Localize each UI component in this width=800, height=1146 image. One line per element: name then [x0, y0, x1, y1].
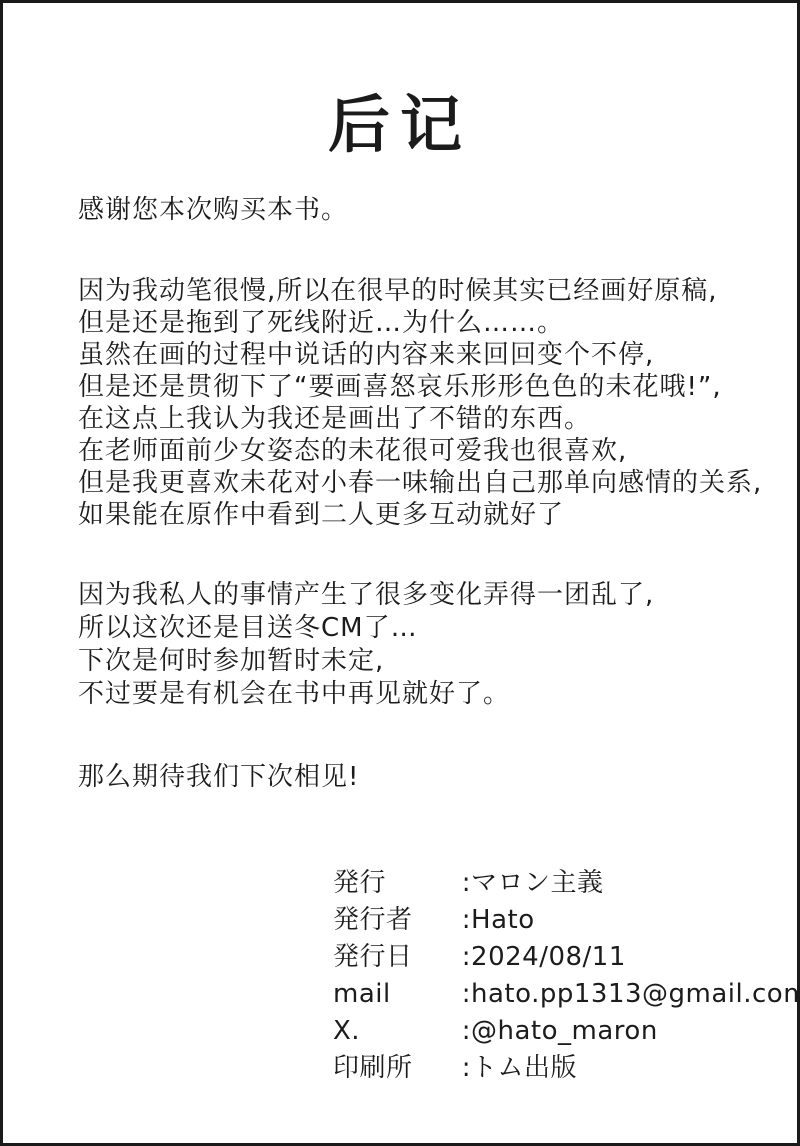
- colophon-row-mail: mail :hato.pp1313@gmail.com: [333, 976, 800, 1013]
- colophon-value: :トム出版: [462, 1050, 577, 1087]
- text-line: 在这点上我认为我还是画出了不错的东西。: [78, 403, 762, 435]
- colophon-value: :hato.pp1313@gmail.com: [462, 976, 800, 1013]
- colophon-label: mail: [333, 976, 453, 1013]
- thanks-line: 感谢您本次购买本书。: [78, 194, 348, 226]
- text-line: 但是还是贯彻下了“要画喜怒哀乐形形色色的未花哦!”,: [78, 371, 762, 403]
- text-line: 如果能在原作中看到二人更多互动就好了: [78, 499, 762, 531]
- closing-line: 那么期待我们下次相见!: [78, 756, 359, 793]
- colophon-row-publisher: 発行 :マロン主義: [333, 865, 800, 902]
- colophon-label: 印刷所: [333, 1050, 453, 1087]
- colophon-label: 発行: [333, 865, 453, 902]
- text-line: 因为我私人的事情产生了很多变化弄得一团乱了,: [78, 579, 654, 612]
- colophon: 発行 :マロン主義 発行者 :Hato 発行日 :2024/08/11 mail…: [333, 865, 800, 1087]
- colophon-label: X.: [333, 1013, 453, 1050]
- colophon-value: :@hato_maron: [462, 1013, 658, 1050]
- colophon-value: :Hato: [462, 902, 535, 939]
- text-line: 但是还是拖到了死线附近…为什么……。: [78, 307, 762, 339]
- paragraph-production-notes: 因为我动笔很慢,所以在很早的时候其实已经画好原稿, 但是还是拖到了死线附近…为什…: [78, 275, 762, 531]
- colophon-label: 発行日: [333, 939, 453, 976]
- colophon-row-date: 発行日 :2024/08/11: [333, 939, 800, 976]
- text-line: 不过要是有机会在书中再见就好了。: [78, 678, 654, 711]
- colophon-row-x-account: X. :@hato_maron: [333, 1013, 800, 1050]
- text-line: 因为我动笔很慢,所以在很早的时候其实已经画好原稿,: [78, 275, 762, 307]
- text-line: 但是我更喜欢未花对小春一味输出自己那单向感情的关系,: [78, 467, 762, 499]
- colophon-row-author: 発行者 :Hato: [333, 902, 800, 939]
- text-line: 虽然在画的过程中说话的内容来来回回变个不停,: [78, 339, 762, 371]
- colophon-value: :2024/08/11: [462, 939, 626, 976]
- text-line: 在老师面前少女姿态的未花很可爱我也很喜欢,: [78, 435, 762, 467]
- page-title: 后记: [3, 75, 797, 164]
- text-line: 下次是何时参加暂时未定,: [78, 645, 654, 678]
- paragraph-future-plans: 因为我私人的事情产生了很多变化弄得一团乱了, 所以这次还是目送冬CM了… 下次是…: [78, 579, 654, 711]
- text-line: 所以这次还是目送冬CM了…: [78, 612, 654, 645]
- colophon-value: :マロン主義: [462, 865, 604, 902]
- colophon-label: 発行者: [333, 902, 453, 939]
- afterword-page: 后记 感谢您本次购买本书。 因为我动笔很慢,所以在很早的时候其实已经画好原稿, …: [0, 0, 800, 1146]
- colophon-row-printer: 印刷所 :トム出版: [333, 1050, 800, 1087]
